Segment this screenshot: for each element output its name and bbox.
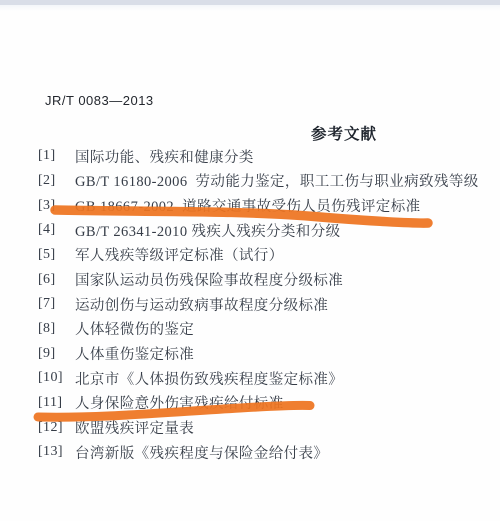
reference-number: [5] (38, 247, 75, 263)
reference-number: [4] (38, 222, 75, 238)
window-top-strip-fade (0, 5, 500, 11)
reference-number: [1] (38, 148, 75, 164)
reference-number: [8] (38, 321, 75, 337)
reference-text: GB 18667-2002 道路交通事故受伤人员伤残评定标准 (75, 195, 421, 216)
reference-item: [6] 国家队运动员伤残保险事故程度分级标准 (38, 267, 493, 292)
reference-item: [13] 台湾新版《残疾程度与保险金给付表》 (38, 440, 493, 465)
reference-item: [9] 人体重伤鉴定标准 (38, 341, 493, 366)
reference-number: [7] (38, 296, 75, 312)
reference-item: [12] 欧盟残疾评定量表 (38, 415, 493, 440)
reference-item: [5] 军人残疾等级评定标准（试行） (38, 243, 493, 268)
reference-number: [12] (38, 420, 75, 436)
reference-text: 运动创伤与运动致病事故程度分级标准 (75, 294, 328, 315)
section-title: 参考文献 (311, 122, 377, 144)
reference-text: 台湾新版《残疾程度与保险金给付表》 (75, 442, 328, 463)
document-code: JR/T 0083—2013 (45, 93, 154, 108)
reference-text: 人体重伤鉴定标准 (75, 343, 194, 364)
reference-item: [8] 人体轻微伤的鉴定 (38, 317, 493, 342)
reference-number: [9] (38, 346, 75, 362)
reference-item: [11] 人身保险意外伤害残疾给付标准 (38, 391, 493, 416)
reference-item: [1] 国际功能、残疾和健康分类 (38, 144, 493, 169)
reference-text: 欧盟残疾评定量表 (75, 417, 194, 438)
reference-text: GB/T 26341-2010 残疾人残疾分类和分级 (75, 220, 341, 241)
reference-number: [2] (38, 173, 75, 189)
reference-list: [1] 国际功能、残疾和健康分类 [2] GB/T 16180-2006 劳动能… (38, 144, 493, 465)
reference-text: 军人残疾等级评定标准（试行） (75, 244, 284, 265)
reference-item: [3] GB 18667-2002 道路交通事故受伤人员伤残评定标准 (38, 193, 493, 218)
reference-text: 北京市《人体损伤致残疾程度鉴定标准》 (75, 368, 343, 389)
reference-item: [10] 北京市《人体损伤致残疾程度鉴定标准》 (38, 366, 493, 391)
reference-item: [4] GB/T 26341-2010 残疾人残疾分类和分级 (38, 218, 493, 243)
reference-number: [6] (38, 272, 75, 288)
reference-text: GB/T 16180-2006 劳动能力鉴定，职工工伤与职业病致残等级 (75, 170, 479, 191)
reference-text: 国家队运动员伤残保险事故程度分级标准 (75, 269, 343, 290)
reference-item: [7] 运动创伤与运动致病事故程度分级标准 (38, 292, 493, 317)
reference-text: 人身保险意外伤害残疾给付标准 (75, 392, 284, 413)
reference-text: 国际功能、残疾和健康分类 (75, 146, 254, 167)
document-page: JR/T 0083—2013 参考文献 [1] 国际功能、残疾和健康分类 [2]… (0, 0, 500, 521)
reference-text: 人体轻微伤的鉴定 (75, 318, 194, 339)
reference-number: [11] (38, 395, 75, 411)
reference-number: [13] (38, 444, 75, 460)
reference-number: [3] (38, 198, 75, 214)
reference-item: [2] GB/T 16180-2006 劳动能力鉴定，职工工伤与职业病致残等级 (38, 169, 493, 194)
reference-number: [10] (38, 370, 75, 386)
